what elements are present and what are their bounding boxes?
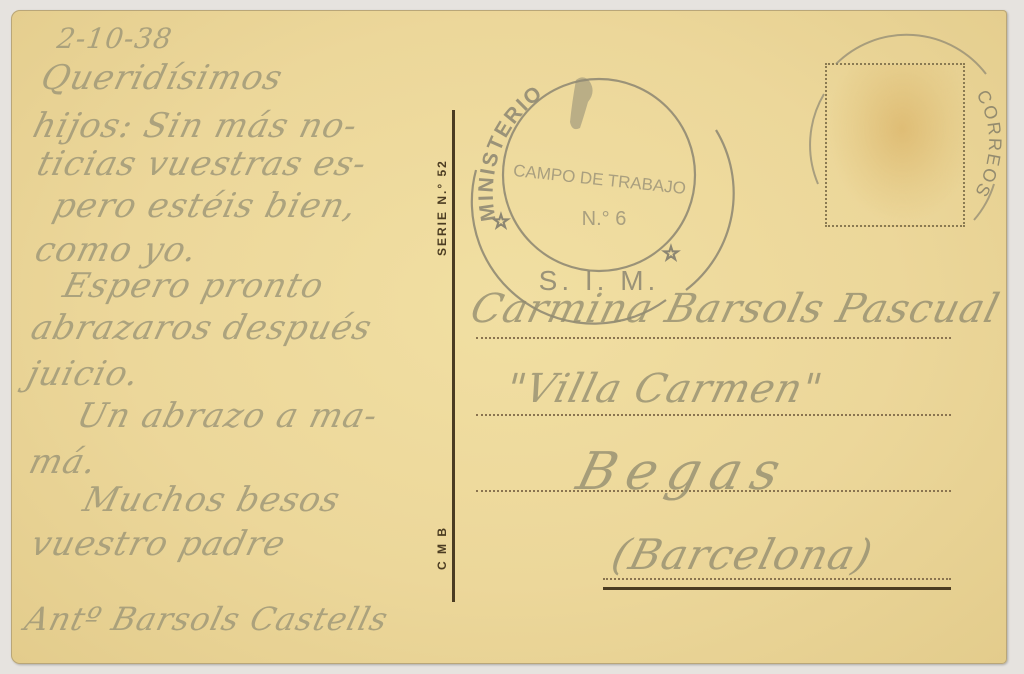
message-line: juicio. — [23, 354, 144, 394]
postcard-back: 2-10-38 Queridísimos hijos: Sin más no- … — [11, 10, 1007, 664]
message-line: Un abrazo a ma- — [73, 396, 382, 436]
message-signature: Antº Barsols Castells — [21, 600, 392, 638]
serie-number: SERIE N.° 52 — [435, 159, 449, 256]
message-line: Espero pronto — [59, 266, 328, 306]
address-rule — [476, 414, 951, 416]
message-line: Queridísimos — [37, 58, 287, 98]
star-icon: ☆ — [662, 243, 680, 265]
address-line: "Villa Carmen" — [501, 366, 827, 412]
address-rule — [476, 337, 951, 339]
address-line: Carmina Barsols Pascual — [466, 286, 1004, 332]
center-divider — [452, 110, 455, 602]
publisher-mark: C M B — [435, 526, 449, 570]
message-line: Muchos besos — [79, 480, 345, 520]
postmark: CORREOS — [796, 24, 1006, 244]
message-line: ticias vuestras es- — [33, 144, 371, 184]
star-icon: ☆ — [492, 211, 510, 233]
message-line: como yo. — [31, 230, 202, 270]
message-line: hijos: Sin más no- — [29, 106, 362, 146]
message-line: vuestro padre — [27, 524, 290, 564]
address-line: Begas — [571, 442, 796, 502]
censor-stamp-outer-text: MINISTERIO — [475, 81, 548, 223]
svg-text:MINISTERIO: MINISTERIO — [475, 81, 548, 223]
message-line: abrazaros después — [27, 308, 376, 348]
censor-stamp: MINISTERIO CAMPO DE TRABAJO N.° 6 S. I. … — [456, 50, 736, 310]
censor-stamp-number: N.° 6 — [582, 208, 627, 230]
message-date: 2-10-38 — [55, 22, 175, 55]
message-line: má. — [25, 442, 101, 482]
postmark-text: CORREOS — [970, 87, 1005, 202]
message-line: pero estéis bien, — [49, 186, 361, 226]
address-line: (Barcelona) — [607, 530, 878, 579]
censor-stamp-inner-text: CAMPO DE TRABAJO — [512, 161, 687, 198]
svg-text:CORREOS: CORREOS — [970, 87, 1005, 202]
address-underline — [603, 587, 951, 590]
